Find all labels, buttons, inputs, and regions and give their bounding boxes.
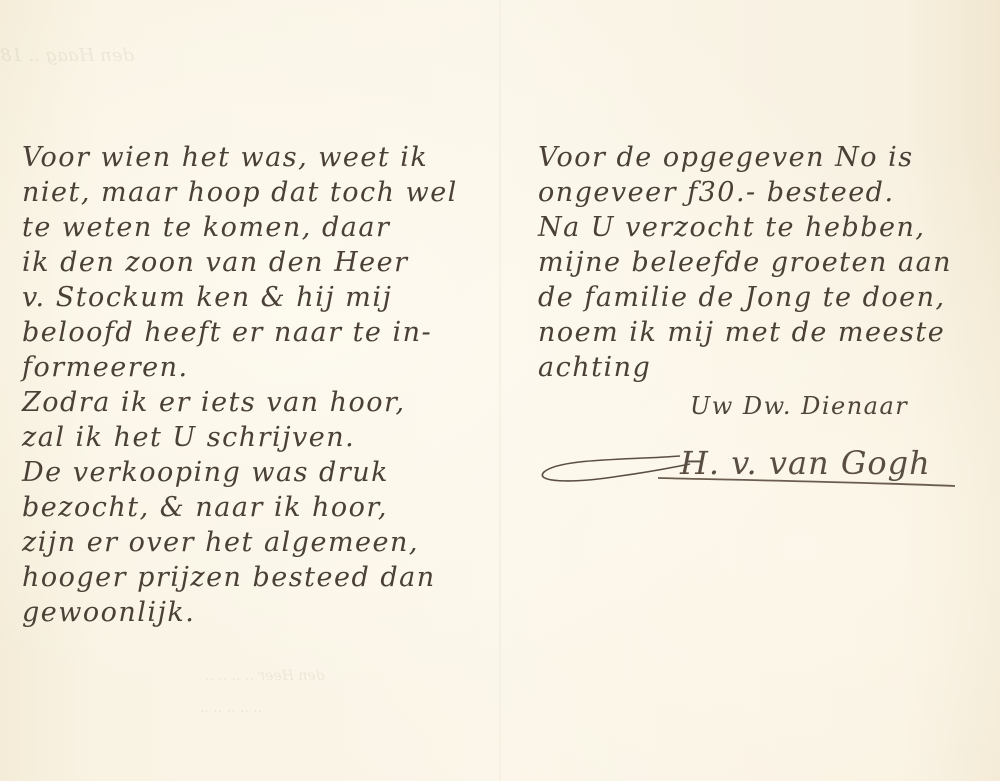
text-line: Voor de opgegeven No is bbox=[538, 140, 952, 175]
text-line: zal ik het U schrijven. bbox=[22, 420, 458, 455]
closing-salutation: Uw Dw. Dienaar bbox=[690, 392, 908, 420]
text-line: mijne beleefde groeten aan bbox=[538, 245, 952, 280]
text-line: gewoonlijk. bbox=[22, 595, 458, 630]
text-line: v. Stockum ken & hij mij bbox=[22, 280, 458, 315]
text-line: ongeveer ƒ30.- besteed. bbox=[538, 175, 952, 210]
page-fold bbox=[499, 0, 501, 781]
text-line: de familie de Jong te doen, bbox=[538, 280, 952, 315]
text-line: bezocht, & naar ik hoor, bbox=[22, 490, 458, 525]
text-line: zijn er over het algemeen, bbox=[22, 525, 458, 560]
text-line: De verkooping was druk bbox=[22, 455, 458, 490]
right-column-text: Voor de opgegeven No is ongeveer ƒ30.- b… bbox=[538, 140, 952, 385]
text-line: noem ik mij met de meeste bbox=[538, 315, 952, 350]
text-line: te weten te komen, daar bbox=[22, 210, 458, 245]
bleed-through-text-bottom-2: .. .. .. .. .. bbox=[200, 700, 262, 716]
bleed-through-text-bottom-1: den Heer .. .. .. .. bbox=[205, 668, 325, 684]
text-line: Voor wien het was, weet ik bbox=[22, 140, 458, 175]
text-line: achting bbox=[538, 350, 952, 385]
text-line: formeeren. bbox=[22, 350, 458, 385]
signature: H. v. van Gogh bbox=[540, 428, 960, 508]
text-line: niet, maar hoop dat toch wel bbox=[22, 175, 458, 210]
left-column-text: Voor wien het was, weet ik niet, maar ho… bbox=[22, 140, 458, 630]
text-line: Zodra ik er iets van hoor, bbox=[22, 385, 458, 420]
signature-text: H. v. van Gogh bbox=[680, 444, 931, 482]
text-line: beloofd heeft er naar te in- bbox=[22, 315, 458, 350]
text-line: hooger prijzen besteed dan bbox=[22, 560, 458, 595]
bleed-through-text-top: den Haag .. 18 bbox=[0, 45, 134, 66]
text-line: Na U verzocht te hebben, bbox=[538, 210, 952, 245]
text-line: ik den zoon van den Heer bbox=[22, 245, 458, 280]
